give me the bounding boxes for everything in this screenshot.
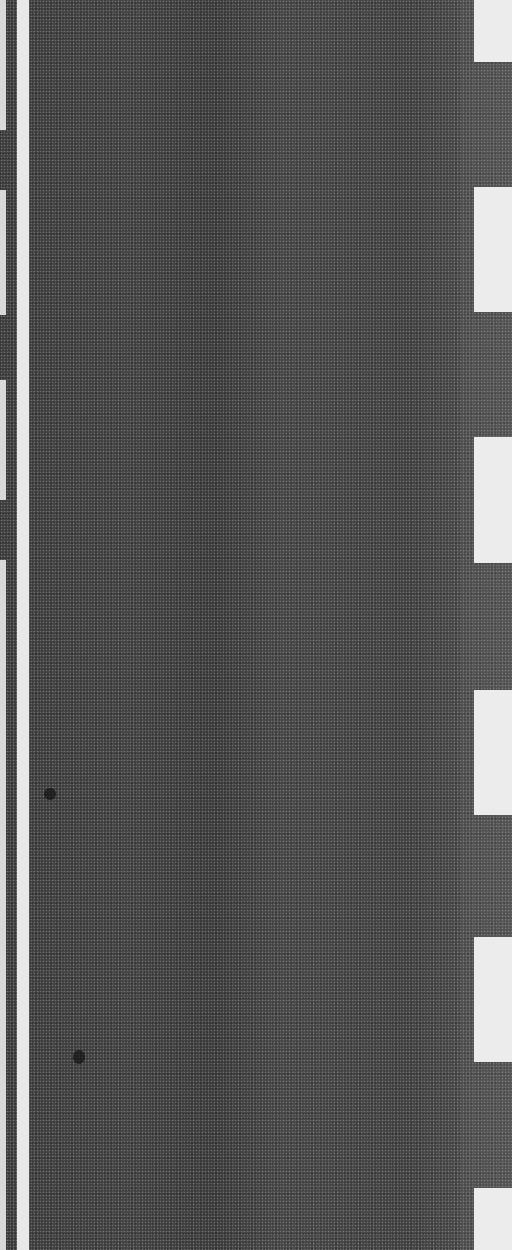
lane-dash [474,437,512,563]
left-outer-strip [0,380,6,500]
lane-dash [474,690,512,815]
road-surface [0,0,512,1250]
left-outer-strip [0,560,6,1250]
left-outer-strip [0,0,6,130]
lane-dash [474,0,512,62]
lane-dash [474,937,512,1062]
lane-dash [474,1188,512,1250]
oil-stain [44,788,56,800]
left-edge-line [17,0,29,1250]
lane-dash [474,187,512,312]
left-outer-strip [0,190,6,315]
oil-stain [73,1050,85,1064]
